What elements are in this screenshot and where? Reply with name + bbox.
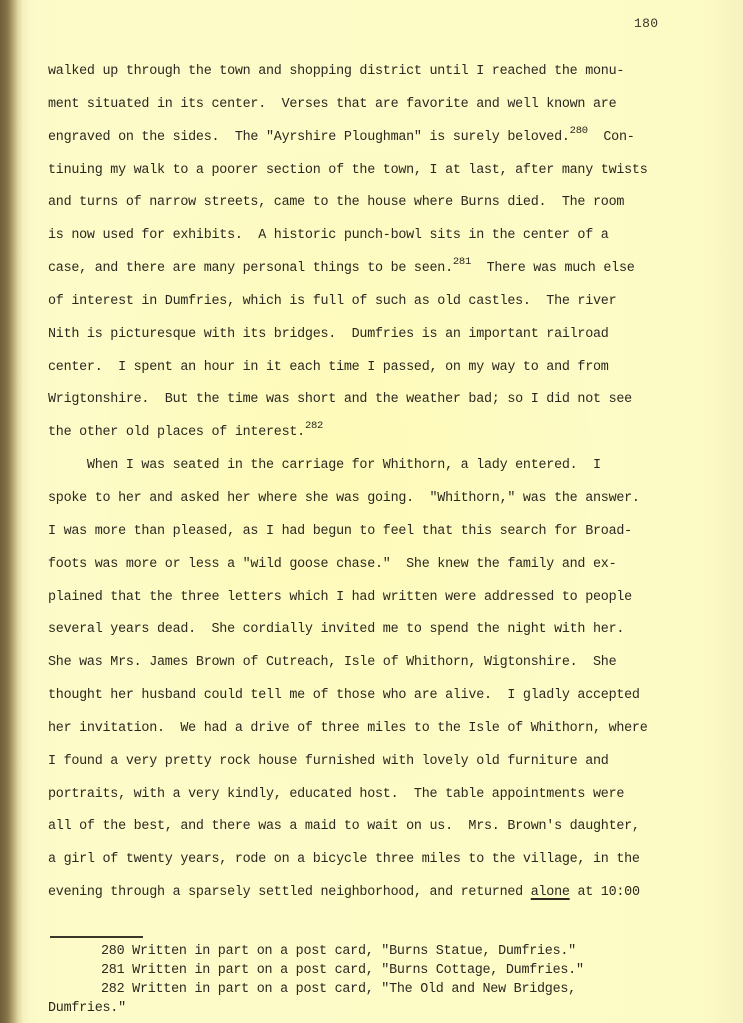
line-text: There was much else	[471, 261, 635, 276]
typewritten-page: 180 walked up through the town and shopp…	[0, 0, 743, 1023]
text-line: Nith is picturesque with its bridges. Du…	[48, 325, 728, 358]
line-text: center. I spent an hour in it each time …	[48, 360, 609, 375]
line-text: Wrigtonshire. But the time was short and…	[48, 392, 632, 407]
text-line: the other old places of interest.282	[48, 423, 728, 456]
footnote-text: Written in part on a post card, "The Old…	[132, 982, 576, 997]
text-line: spoke to her and asked her where she was…	[48, 489, 728, 522]
line-text: all of the best, and there was a maid to…	[48, 819, 640, 834]
line-text: a girl of twenty years, rode on a bicycl…	[48, 852, 640, 867]
footnote-separator-rule	[50, 936, 143, 938]
line-text: Con-	[588, 130, 635, 145]
footnote-number: 282	[101, 982, 124, 997]
text-line: plained that the three letters which I h…	[48, 588, 728, 621]
body-text: walked up through the town and shopping …	[48, 62, 728, 916]
footnote-text: Written in part on a post card, "Burns S…	[132, 944, 576, 959]
line-text: engraved on the sides. The "Ayrshire Plo…	[48, 130, 570, 145]
text-line: thought her husband could tell me of tho…	[48, 686, 728, 719]
line-text: When I was seated in the carriage for Wh…	[48, 458, 601, 473]
text-line: all of the best, and there was a maid to…	[48, 817, 728, 850]
footnote-280: 280 Written in part on a post card, "Bur…	[48, 942, 728, 961]
line-text: portraits, with a very kindly, educated …	[48, 787, 624, 802]
text-line: her invitation. We had a drive of three …	[48, 719, 728, 752]
text-line: I was more than pleased, as I had begun …	[48, 522, 728, 555]
line-text: I was more than pleased, as I had begun …	[48, 524, 632, 539]
text-line: a girl of twenty years, rode on a bicycl…	[48, 850, 728, 883]
line-text: at 10:00	[570, 885, 640, 900]
footnote-text: Written in part on a post card, "Burns C…	[132, 963, 584, 978]
line-text: walked up through the town and shopping …	[48, 64, 624, 79]
line-text: case, and there are many personal things…	[48, 261, 453, 276]
text-line: foots was more or less a "wild goose cha…	[48, 555, 728, 588]
text-line: I found a very pretty rock house furnish…	[48, 752, 728, 785]
line-text: evening through a sparsely settled neigh…	[48, 885, 531, 900]
text-line: ment situated in its center. Verses that…	[48, 95, 728, 128]
line-text: the other old places of interest.	[48, 425, 305, 440]
footnote-ref-281: 281	[453, 256, 471, 268]
line-text: and turns of narrow streets, came to the…	[48, 195, 624, 210]
footnote-ref-280: 280	[570, 125, 588, 137]
line-text: I found a very pretty rock house furnish…	[48, 754, 609, 769]
footnote-281: 281 Written in part on a post card, "Bur…	[48, 961, 728, 980]
line-text: plained that the three letters which I h…	[48, 590, 632, 605]
footnote-number: 280	[101, 944, 124, 959]
line-text: several years dead. She cordially invite…	[48, 622, 624, 637]
text-line: walked up through the town and shopping …	[48, 62, 728, 95]
line-text: of interest in Dumfries, which is full o…	[48, 294, 616, 309]
line-text: ment situated in its center. Verses that…	[48, 97, 616, 112]
page-number: 180	[634, 16, 658, 31]
footnotes: 280 Written in part on a post card, "Bur…	[48, 942, 728, 1018]
line-text: spoke to her and asked her where she was…	[48, 491, 640, 506]
footnote-number: 281	[101, 963, 124, 978]
line-text: tinuing my walk to a poorer section of t…	[48, 163, 648, 178]
line-text: thought her husband could tell me of tho…	[48, 688, 640, 703]
text-line: several years dead. She cordially invite…	[48, 620, 728, 653]
text-line: portraits, with a very kindly, educated …	[48, 785, 728, 818]
text-line: evening through a sparsely settled neigh…	[48, 883, 728, 916]
footnote-282: 282 Written in part on a post card, "The…	[48, 980, 728, 999]
text-line: case, and there are many personal things…	[48, 259, 728, 292]
footnote-ref-282: 282	[305, 420, 323, 432]
underlined-word: alone	[531, 885, 570, 900]
line-text: She was Mrs. James Brown of Cutreach, Is…	[48, 655, 616, 670]
line-text: Nith is picturesque with its bridges. Du…	[48, 327, 609, 342]
text-line: center. I spent an hour in it each time …	[48, 358, 728, 391]
text-line: She was Mrs. James Brown of Cutreach, Is…	[48, 653, 728, 686]
text-line: is now used for exhibits. A historic pun…	[48, 226, 728, 259]
footnote-text: Dumfries."	[48, 1001, 126, 1016]
text-line: tinuing my walk to a poorer section of t…	[48, 161, 728, 194]
line-text: foots was more or less a "wild goose cha…	[48, 557, 616, 572]
line-text: is now used for exhibits. A historic pun…	[48, 228, 609, 243]
text-line: and turns of narrow streets, came to the…	[48, 193, 728, 226]
footnote-282-continuation: Dumfries."	[48, 999, 728, 1018]
text-line: engraved on the sides. The "Ayrshire Plo…	[48, 128, 728, 161]
text-line: of interest in Dumfries, which is full o…	[48, 292, 728, 325]
text-line: Wrigtonshire. But the time was short and…	[48, 390, 728, 423]
text-line: When I was seated in the carriage for Wh…	[48, 456, 728, 489]
line-text: her invitation. We had a drive of three …	[48, 721, 648, 736]
